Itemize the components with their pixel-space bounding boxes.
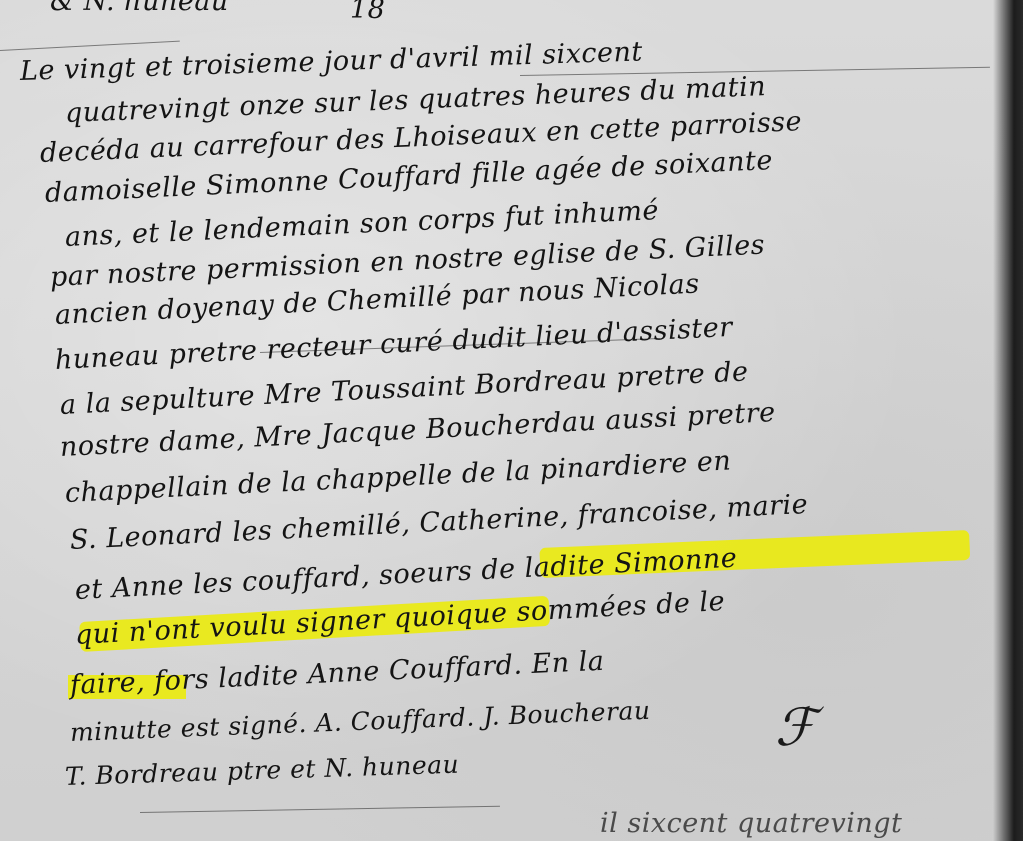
register-page: & N. huneau 18 Le vingt et troisieme jou…: [0, 0, 1023, 841]
header-fragment-left: & N. huneau: [50, 0, 229, 17]
ruled-line: [140, 806, 500, 813]
header-fragment-center: 18: [350, 0, 385, 25]
book-binding-edge: [993, 0, 1023, 841]
signature-paraph-icon: ℱ: [775, 698, 816, 758]
transcription-line: faire, fors ladite Anne Couffard. En la: [69, 646, 605, 701]
transcription-line: T. Bordreau ptre et N. huneau: [65, 750, 460, 791]
transcription-line: minutte est signé. A. Couffard. J. Bouch…: [69, 696, 651, 747]
next-entry-fragment: il sixcent quatrevingt: [600, 808, 902, 839]
ruled-line: [0, 41, 180, 51]
